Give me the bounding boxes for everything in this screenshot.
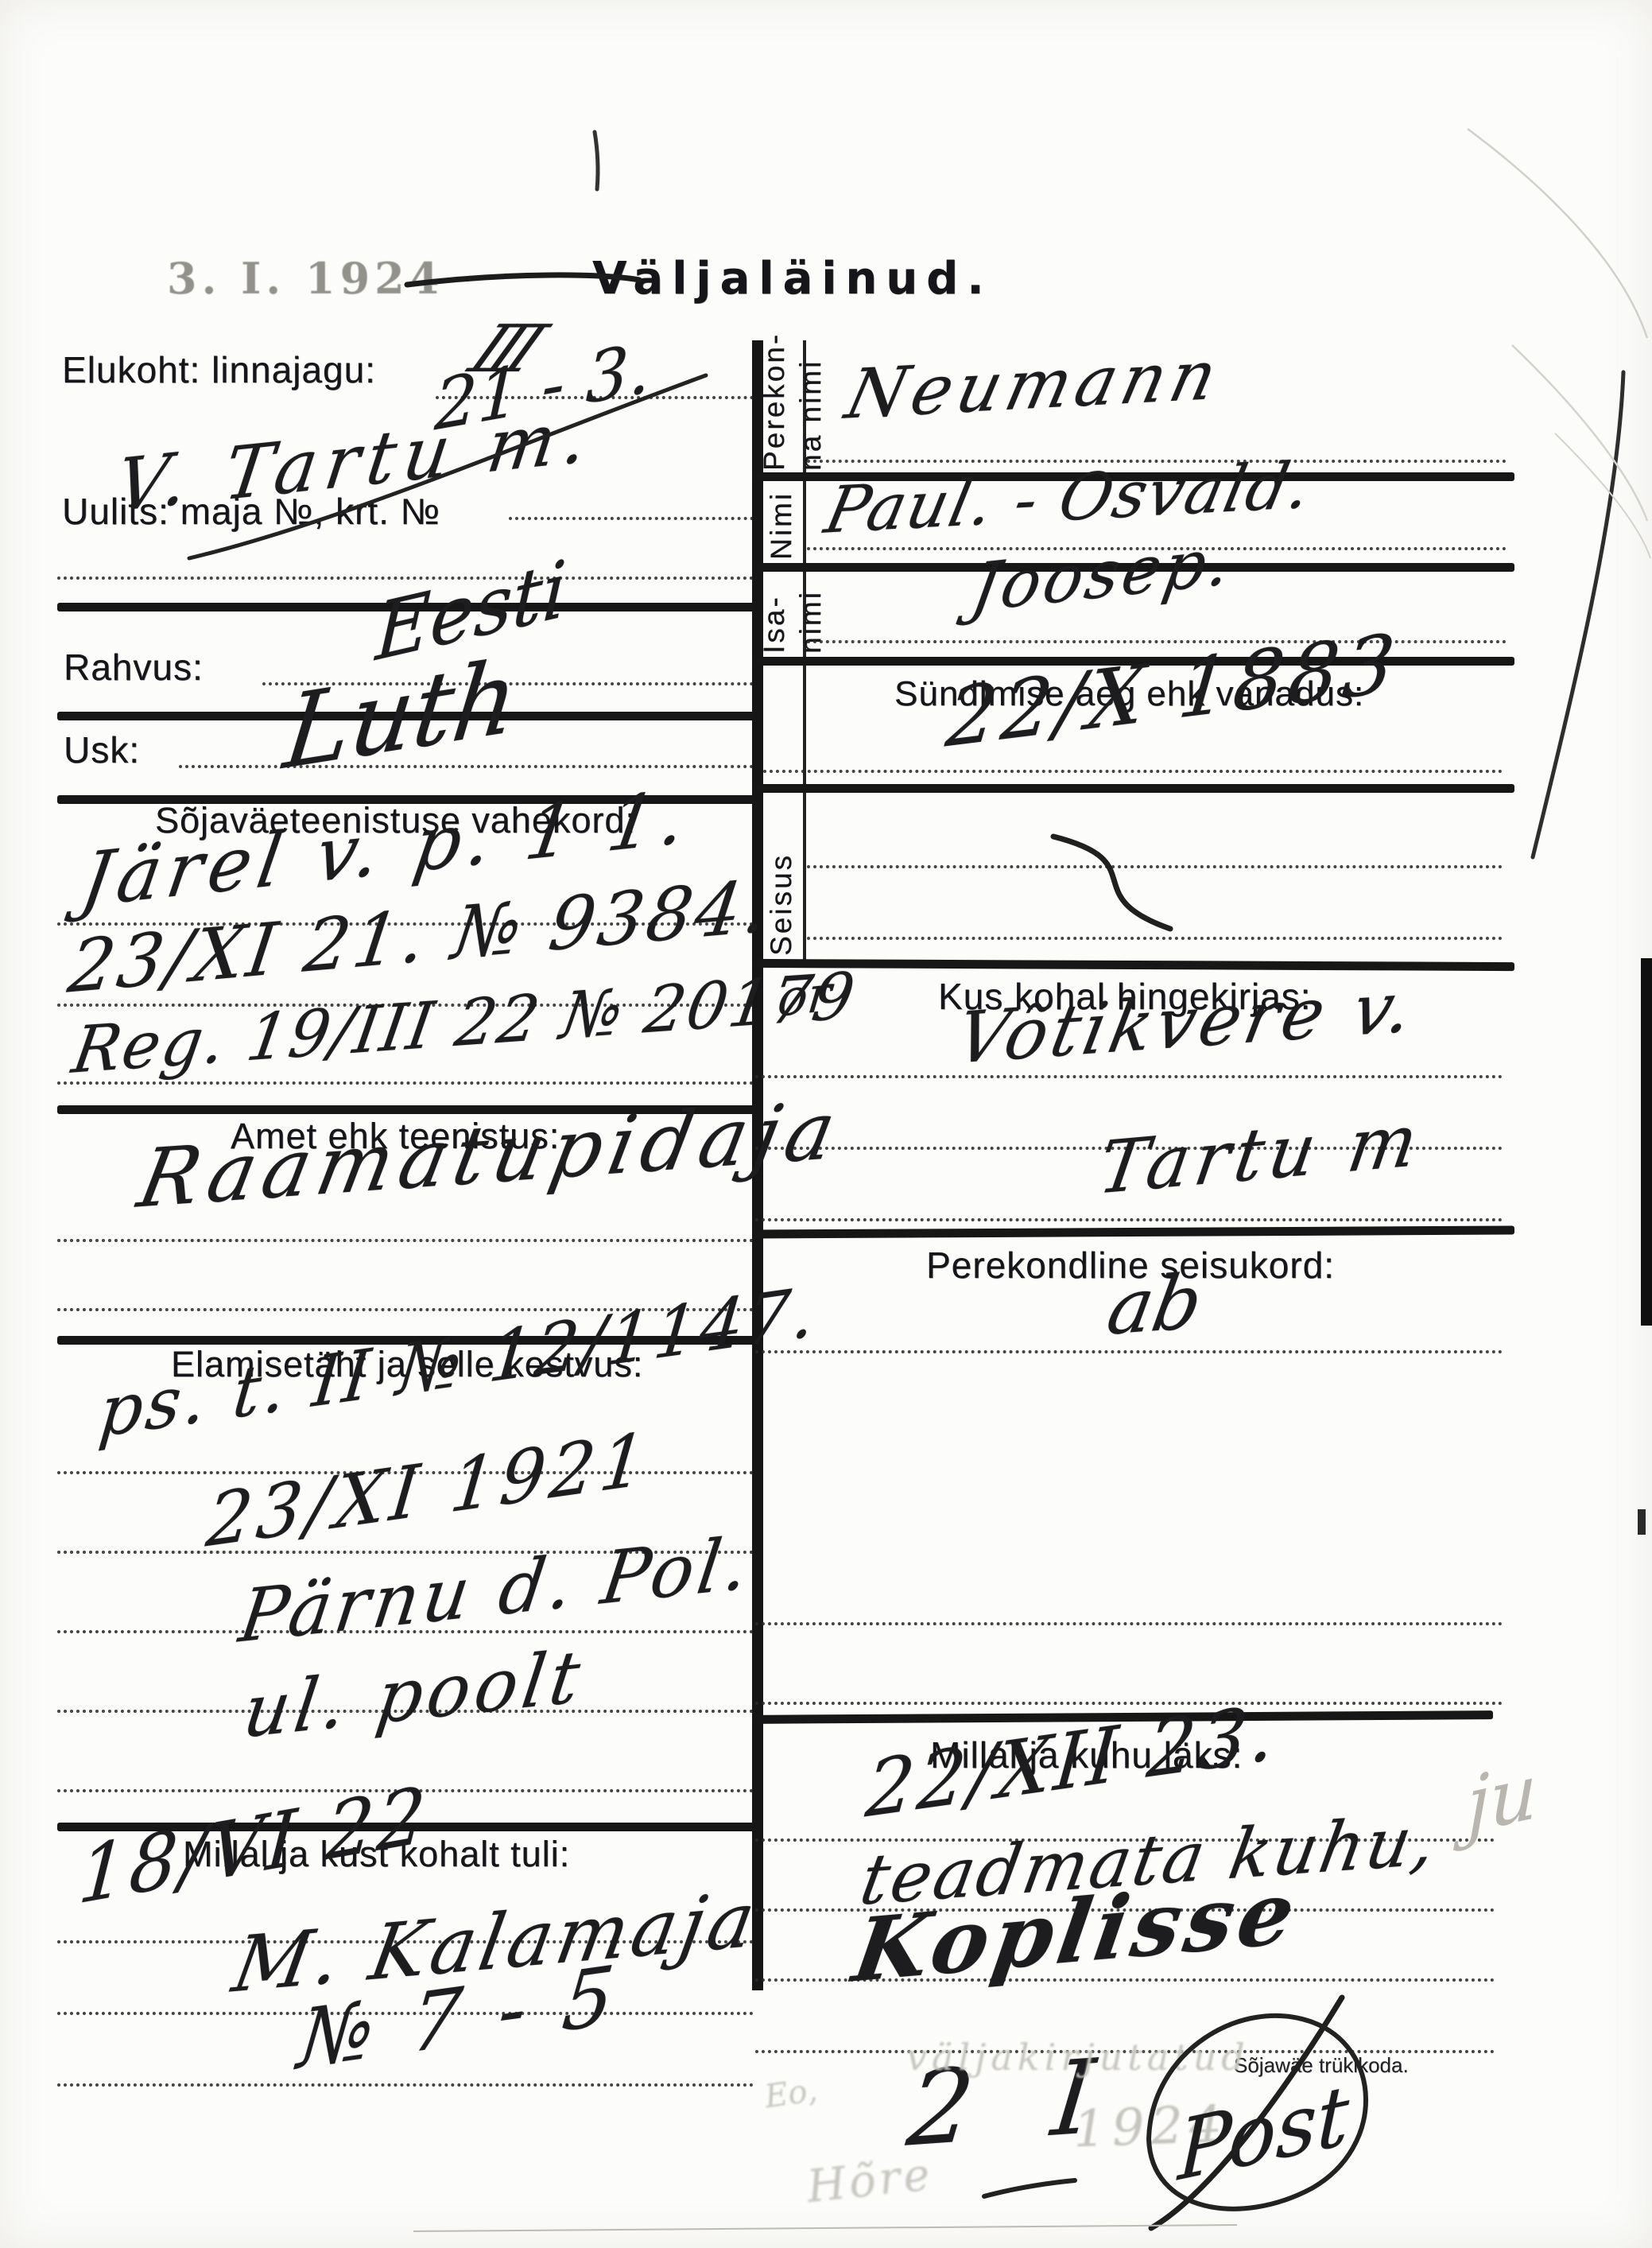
line-street bbox=[57, 577, 754, 580]
hw-laks-row1: 22/XII 23. bbox=[863, 1687, 1282, 1835]
scratch-hairline-1 bbox=[1468, 129, 1647, 338]
perekonnanimi-label-line1: Perekon- bbox=[758, 351, 791, 471]
line-hingekirjas-1 bbox=[755, 1075, 1503, 1078]
line-isanimi bbox=[807, 640, 1507, 643]
line-amet-1 bbox=[57, 1239, 754, 1242]
date-stamp: 3. I. 1924 bbox=[167, 253, 444, 304]
separator-right-6 bbox=[754, 1225, 1514, 1238]
name-tail-stroke bbox=[1533, 372, 1623, 857]
faint-stamp-text: väljakirjutatud bbox=[906, 2036, 1250, 2079]
hw-hingekirjas-2: Tartu m bbox=[1093, 1098, 1429, 1211]
line-uulits bbox=[509, 517, 754, 520]
line-seisus-1 bbox=[807, 865, 1503, 868]
bottom-scratch bbox=[413, 2225, 1237, 2231]
faint-fragment-1: Eo, bbox=[762, 2072, 820, 2116]
scratch-hairline-2 bbox=[1512, 345, 1647, 521]
scratch-hairline-3 bbox=[1555, 433, 1650, 558]
hw-signature: Post bbox=[1177, 2067, 1351, 2200]
line-blank-2 bbox=[755, 1702, 1503, 1705]
rahvus-label: Rahvus: bbox=[64, 646, 204, 689]
line-sund bbox=[763, 770, 1503, 773]
perekonnanimi-label-line2: na nimi bbox=[794, 351, 828, 471]
hw-usk: Luth bbox=[278, 637, 524, 793]
elukoht-label: Elukoht: linnajagu: bbox=[62, 348, 376, 391]
hw-pencil-note: ju bbox=[1467, 1747, 1538, 1851]
isanimi-label-line1: Isa- bbox=[758, 574, 791, 654]
hw-perekonnanimi: Neumann bbox=[839, 336, 1230, 435]
hw-elamistaht-row1: ps. t. II № 12/1147. bbox=[95, 1272, 822, 1454]
faint-fragment-2: Hõre bbox=[805, 2149, 935, 2213]
line-blank-1 bbox=[755, 1622, 1503, 1625]
line-tuli-3 bbox=[57, 2083, 754, 2087]
nimi-label-text: Nimi bbox=[765, 487, 798, 560]
seisus-value-mark bbox=[1053, 837, 1170, 929]
perekonnanimi-label: Perekon- na nimi bbox=[758, 351, 828, 471]
page-title: Väljaläinud. bbox=[592, 253, 993, 305]
line-usk bbox=[179, 765, 754, 768]
line-seisukord bbox=[755, 1350, 1503, 1353]
stray-pen-mark bbox=[595, 132, 598, 189]
nimi-label: Nimi bbox=[765, 487, 798, 560]
line-seisus-2 bbox=[807, 937, 1503, 940]
hw-isanimi: Joosep. bbox=[966, 522, 1239, 627]
line-hingekirjas-3 bbox=[755, 1218, 1503, 1221]
scanned-registration-card: 3. I. 1924 Väljaläinud. Elukoht: linnaja… bbox=[0, 0, 1652, 2248]
hw-hingekirjas-note: or bbox=[775, 964, 834, 1028]
scan-edge-artifact bbox=[1641, 958, 1652, 1326]
separator-right-4 bbox=[754, 784, 1514, 793]
bottom-date-underline bbox=[984, 2180, 1075, 2196]
scan-edge-speck bbox=[1638, 1509, 1646, 1535]
hw-seisukord: ab bbox=[1101, 1258, 1208, 1353]
hw-sund: 22/X 1883 bbox=[942, 615, 1404, 766]
hw-amet: Raamatupidaja bbox=[131, 1082, 850, 1226]
usk-label: Usk: bbox=[64, 728, 140, 771]
line-military-3 bbox=[57, 1081, 754, 1085]
